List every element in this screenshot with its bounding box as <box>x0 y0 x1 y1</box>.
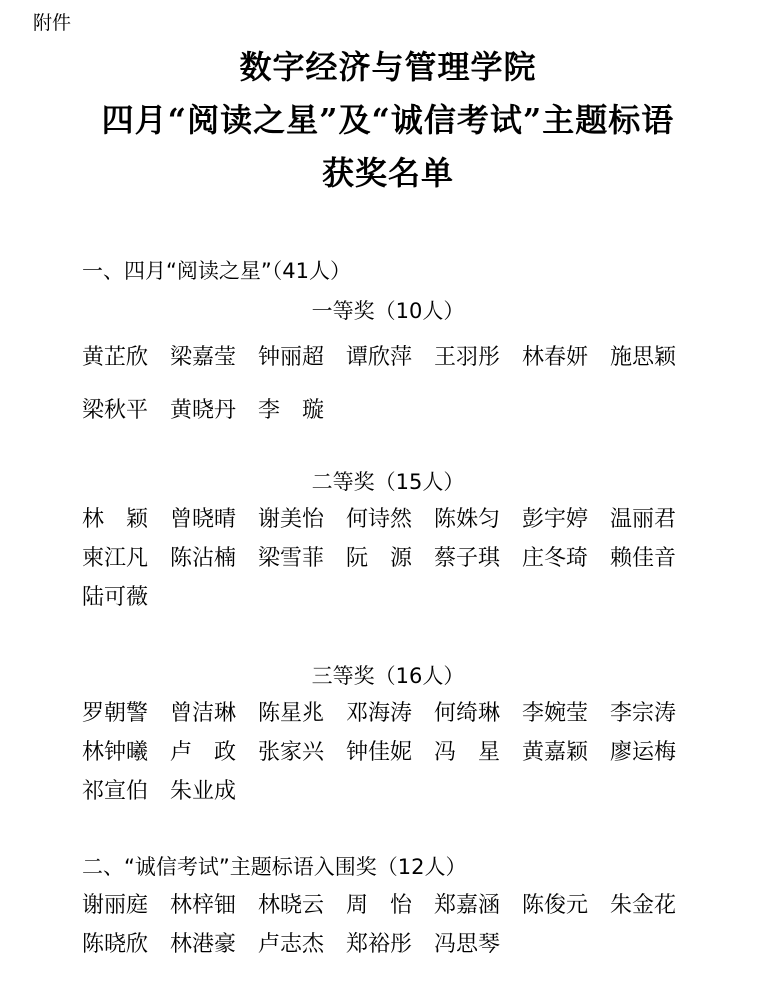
name-item: 林晓云 <box>258 888 346 919</box>
name-item: 林春妍 <box>522 340 610 371</box>
document-title-line-2: 四月“阅读之星”及“诚信考试”主题标语 <box>0 95 776 141</box>
name-item: 赖佳音 <box>610 541 698 572</box>
name-item: 阮 源 <box>346 541 434 572</box>
name-item: 廖运梅 <box>610 735 698 766</box>
award-heading-first-prize: 一等奖（10人） <box>0 295 776 325</box>
name-item: 谢美怡 <box>258 502 346 533</box>
name-item: 郑嘉涵 <box>434 888 522 919</box>
name-item: 罗朝警 <box>82 696 170 727</box>
name-item: 林钟曦 <box>82 735 170 766</box>
slogan-award-names: 谢丽庭林梓钿林晓云周 怡郑嘉涵陈俊元朱金花陈晓欣林港豪卢志杰郑裕彤冯思琴 <box>82 888 722 958</box>
name-item: 王羽彤 <box>434 340 522 371</box>
name-item: 谢丽庭 <box>82 888 170 919</box>
name-item: 黄晓丹 <box>170 393 258 424</box>
name-item: 陈俊元 <box>522 888 610 919</box>
third-prize-names: 罗朝警曾洁琳陈星兆邓海涛何绮琳李婉莹李宗涛林钟曦卢 政张家兴钟佳妮冯 星黄嘉颖廖… <box>82 696 722 805</box>
name-item: 李 璇 <box>258 393 346 424</box>
name-item: 曾晓晴 <box>170 502 258 533</box>
name-item: 何绮琳 <box>434 696 522 727</box>
name-item: 钟丽超 <box>258 340 346 371</box>
name-item: 曾洁琳 <box>170 696 258 727</box>
name-item: 陆可薇 <box>82 580 170 611</box>
award-heading-second-prize: 二等奖（15人） <box>0 466 776 496</box>
name-item: 陈晓欣 <box>82 927 170 958</box>
name-item: 李婉莹 <box>522 696 610 727</box>
name-item: 冯思琴 <box>434 927 522 958</box>
name-item: 冯 星 <box>434 735 522 766</box>
name-item: 谭欣萍 <box>346 340 434 371</box>
award-heading-third-prize: 三等奖（16人） <box>0 660 776 690</box>
name-item: 黄芷欣 <box>82 340 170 371</box>
name-item: 梁秋平 <box>82 393 170 424</box>
name-item: 林港豪 <box>170 927 258 958</box>
name-item: 何诗然 <box>346 502 434 533</box>
name-item: 彭宇婷 <box>522 502 610 533</box>
name-item: 蔡子琪 <box>434 541 522 572</box>
name-item: 祁宣伯 <box>82 774 170 805</box>
name-item: 钟佳妮 <box>346 735 434 766</box>
section-heading-reading-star: 一、四月“阅读之星”（41人） <box>82 255 351 285</box>
name-item: 庄冬琦 <box>522 541 610 572</box>
name-item: 邓海涛 <box>346 696 434 727</box>
section-heading-slogan-award: 二、“诚信考试”主题标语入围奖（12人） <box>82 851 466 881</box>
name-item: 林梓钿 <box>170 888 258 919</box>
name-item: 陈沾楠 <box>170 541 258 572</box>
name-item: 陈星兆 <box>258 696 346 727</box>
name-item: 朱业成 <box>170 774 258 805</box>
name-item: 陈姝匀 <box>434 502 522 533</box>
attachment-label: 附件 <box>33 8 71 35</box>
name-item: 朱金花 <box>610 888 698 919</box>
name-item: 施思颖 <box>610 340 698 371</box>
document-title-line-3: 获奖名单 <box>0 148 776 194</box>
first-prize-names: 黄芷欣梁嘉莹钟丽超谭欣萍王羽彤林春妍施思颖梁秋平黄晓丹李 璇 <box>82 340 722 424</box>
name-item: 柬江凡 <box>82 541 170 572</box>
name-item: 梁雪菲 <box>258 541 346 572</box>
name-item: 郑裕彤 <box>346 927 434 958</box>
name-item: 李宗涛 <box>610 696 698 727</box>
name-item: 梁嘉莹 <box>170 340 258 371</box>
name-item: 周 怡 <box>346 888 434 919</box>
document-title-line-1: 数字经济与管理学院 <box>0 42 776 88</box>
second-prize-names: 林 颖曾晓晴谢美怡何诗然陈姝匀彭宇婷温丽君柬江凡陈沾楠梁雪菲阮 源蔡子琪庄冬琦赖… <box>82 502 722 611</box>
name-item: 温丽君 <box>610 502 698 533</box>
name-item: 林 颖 <box>82 502 170 533</box>
name-item: 黄嘉颖 <box>522 735 610 766</box>
name-item: 卢 政 <box>170 735 258 766</box>
name-item: 卢志杰 <box>258 927 346 958</box>
name-item: 张家兴 <box>258 735 346 766</box>
